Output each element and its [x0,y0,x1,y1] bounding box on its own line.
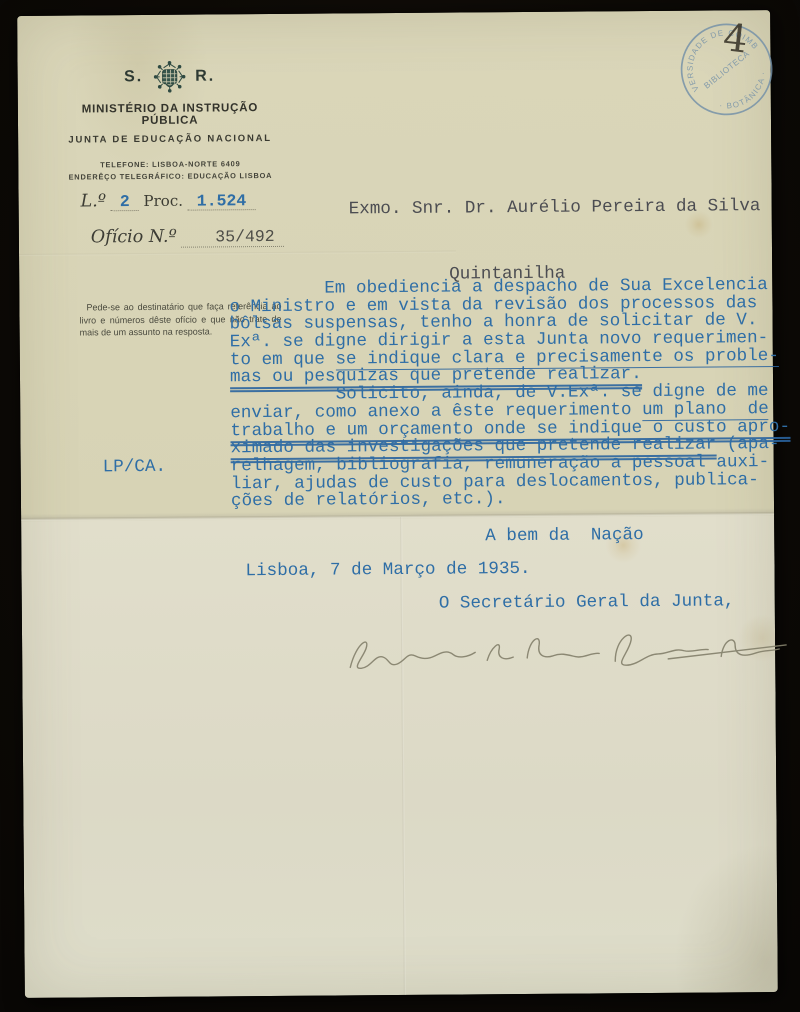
vertical-fold-crease [400,517,406,995]
ministry-name: MINISTÉRIO DA INSTRUÇÃO PÚBLICA [54,102,286,128]
body-line: ções de relatórios, etc.). [231,489,791,511]
place-and-date: Lisboa, 7 de Março de 1935. [245,559,530,581]
closing-motto: A bem da Nação [485,525,644,546]
horizontal-fold-crease [21,512,774,521]
board-name: JUNTA DE EDUCAÇÃO NACIONAL [54,133,286,146]
coat-of-arms-icon [153,61,185,93]
body-text: ções de relatórios, etc.). [231,489,506,511]
letter-page: UNIVERSIDADE DE COIMBRA · BOTÂNICA · BIB… [17,10,778,998]
oficio-number-line: Ofício N.º 35/492 [91,226,284,248]
oficio-value: 35/492 [215,227,275,246]
oficio-label: Ofício N.º [91,227,177,248]
signature-handwriting: Francisco de Paula Leite Pinto [338,622,794,684]
book-process-line: L.º 2 Proc. 1.524 [81,190,256,212]
state-initials: S. [54,60,286,94]
livro-label: L.º [81,191,107,211]
proc-label: Proc. [143,192,183,210]
livro-value-field: 2 [111,193,139,212]
initial-s: S. [124,68,143,85]
oficio-value-field: 35/492 [181,228,284,248]
signoff-title: O Secretário Geral da Junta, [439,591,735,613]
handwritten-numeral: 4 [721,15,750,61]
livro-value: 2 [120,192,130,211]
proc-value-field: 1.524 [188,192,256,211]
letter-body: Em obediencia a despacho de Sua Excelenc… [229,277,790,511]
recipient-line1: Exmo. Snr. Dr. Aurélio Pereira da Silva [349,195,761,220]
initial-r: R. [195,68,215,85]
telephone-line: TELEFONE: LISBOA-NORTE 6409 [54,159,286,170]
proc-value: 1.524 [197,191,247,210]
telegraph-line: ENDERÊÇO TELEGRÁFICO: EDUCAÇÃO LISBOA [54,171,286,182]
reference-initials: LP/CA. [103,457,167,477]
